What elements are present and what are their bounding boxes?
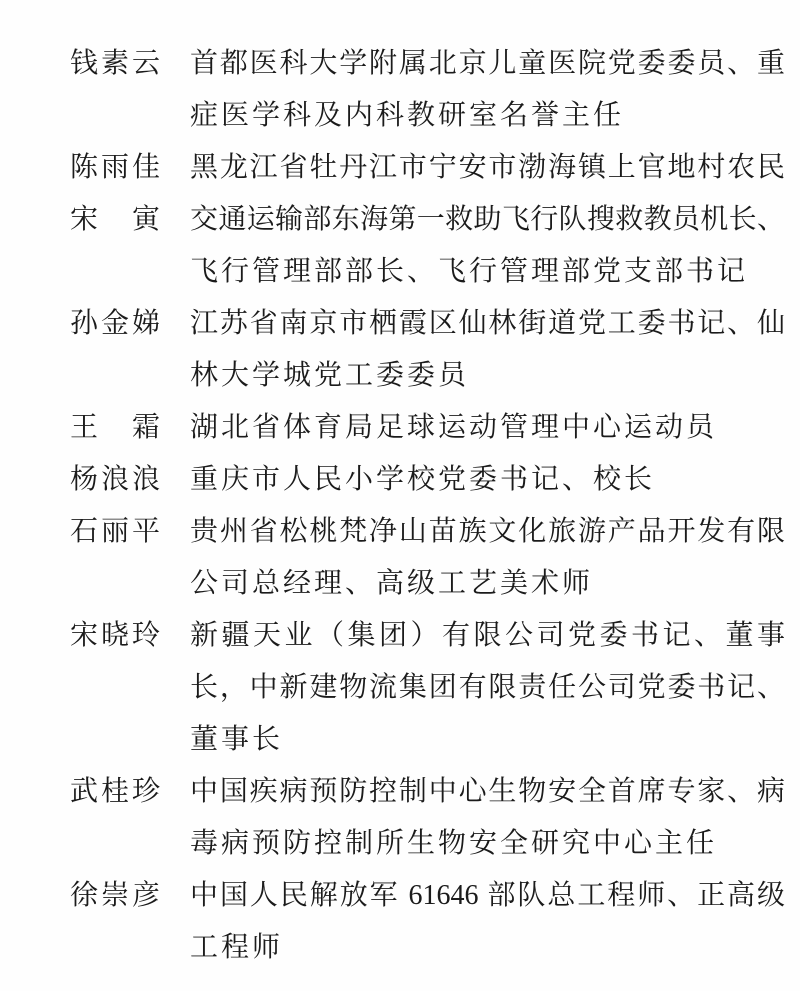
honoree-name: 陈雨佳	[70, 142, 190, 194]
honoree-name: 宋 寅	[70, 194, 190, 246]
honoree-title: 中国疾病预防控制中心生物安全首席专家、病毒病预防控制所生物安全研究中心主任	[190, 766, 785, 870]
title-line: 江苏省南京市栖霞区仙林街道党工委书记、仙	[190, 298, 785, 350]
honoree-name: 武桂珍	[70, 766, 190, 818]
honoree-title: 湖北省体育局足球运动管理中心运动员	[190, 402, 785, 454]
title-line: 湖北省体育局足球运动管理中心运动员	[190, 402, 785, 454]
list-item: 钱素云首都医科大学附属北京儿童医院党委委员、重症医学科及内科教研室名誉主任	[70, 38, 785, 142]
title-line: 林大学城党工委委员	[190, 350, 785, 402]
honoree-name: 孙金娣	[70, 298, 190, 350]
honoree-name: 徐崇彦	[70, 870, 190, 922]
honoree-name: 王 霜	[70, 402, 190, 454]
honoree-title: 江苏省南京市栖霞区仙林街道党工委书记、仙林大学城党工委委员	[190, 298, 785, 402]
title-line: 飞行管理部部长、飞行管理部党支部书记	[190, 246, 785, 298]
title-line: 公司总经理、高级工艺美术师	[190, 558, 785, 610]
honoree-title: 首都医科大学附属北京儿童医院党委委员、重症医学科及内科教研室名誉主任	[190, 38, 785, 142]
honoree-title: 重庆市人民小学校党委书记、校长	[190, 454, 785, 506]
list-item: 杨浪浪重庆市人民小学校党委书记、校长	[70, 454, 785, 506]
honoree-title: 黑龙江省牡丹江市宁安市渤海镇上官地村农民	[190, 142, 785, 194]
honoree-title: 交通运输部东海第一救助飞行队搜救教员机长、飞行管理部部长、飞行管理部党支部书记	[190, 194, 785, 298]
honoree-name: 宋晓玲	[70, 610, 190, 662]
honoree-name: 钱素云	[70, 38, 190, 90]
title-line: 工程师	[190, 922, 785, 974]
title-line: 中国人民解放军 61646 部队总工程师、正高级	[190, 870, 785, 922]
honoree-title: 中国人民解放军 61646 部队总工程师、正高级工程师	[190, 870, 785, 974]
title-line: 首都医科大学附属北京儿童医院党委委员、重	[190, 38, 785, 90]
title-line: 贵州省松桃梵净山苗族文化旅游产品开发有限	[190, 506, 785, 558]
honoree-name: 石丽平	[70, 506, 190, 558]
title-line: 症医学科及内科教研室名誉主任	[190, 90, 785, 142]
list-item: 王 霜湖北省体育局足球运动管理中心运动员	[70, 402, 785, 454]
honoree-name: 杨浪浪	[70, 454, 190, 506]
honoree-list: 钱素云首都医科大学附属北京儿童医院党委委员、重症医学科及内科教研室名誉主任陈雨佳…	[70, 38, 785, 974]
list-item: 武桂珍中国疾病预防控制中心生物安全首席专家、病毒病预防控制所生物安全研究中心主任	[70, 766, 785, 870]
list-item: 孙金娣江苏省南京市栖霞区仙林街道党工委书记、仙林大学城党工委委员	[70, 298, 785, 402]
list-item: 宋晓玲新疆天业（集团）有限公司党委书记、董事长，中新建物流集团有限责任公司党委书…	[70, 610, 785, 766]
list-item: 陈雨佳黑龙江省牡丹江市宁安市渤海镇上官地村农民	[70, 142, 785, 194]
title-line: 毒病预防控制所生物安全研究中心主任	[190, 818, 785, 870]
title-line: 黑龙江省牡丹江市宁安市渤海镇上官地村农民	[190, 142, 785, 194]
title-line: 董事长	[190, 714, 785, 766]
title-line: 重庆市人民小学校党委书记、校长	[190, 454, 785, 506]
title-line: 长，中新建物流集团有限责任公司党委书记、	[190, 662, 785, 714]
title-line: 新疆天业（集团）有限公司党委书记、董事	[190, 610, 785, 662]
document-page: 钱素云首都医科大学附属北京儿童医院党委委员、重症医学科及内科教研室名誉主任陈雨佳…	[0, 0, 800, 991]
honoree-title: 贵州省松桃梵净山苗族文化旅游产品开发有限公司总经理、高级工艺美术师	[190, 506, 785, 610]
title-line: 交通运输部东海第一救助飞行队搜救教员机长、	[190, 194, 785, 246]
title-line: 中国疾病预防控制中心生物安全首席专家、病	[190, 766, 785, 818]
list-item: 宋 寅交通运输部东海第一救助飞行队搜救教员机长、飞行管理部部长、飞行管理部党支部…	[70, 194, 785, 298]
honoree-title: 新疆天业（集团）有限公司党委书记、董事长，中新建物流集团有限责任公司党委书记、董…	[190, 610, 785, 766]
list-item: 徐崇彦中国人民解放军 61646 部队总工程师、正高级工程师	[70, 870, 785, 974]
list-item: 石丽平贵州省松桃梵净山苗族文化旅游产品开发有限公司总经理、高级工艺美术师	[70, 506, 785, 610]
